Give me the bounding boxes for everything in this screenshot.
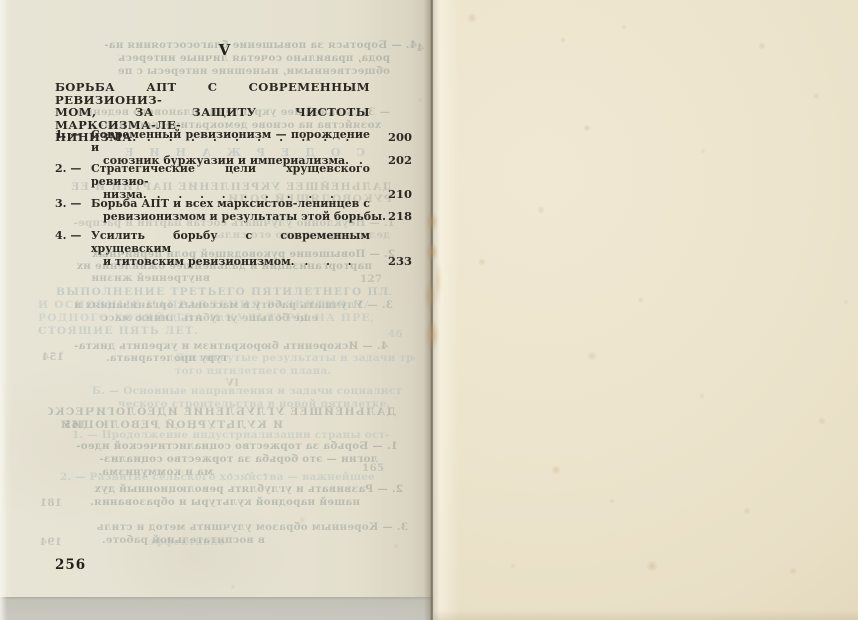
foxing-spot (699, 393, 705, 399)
foxing-spot (638, 297, 644, 303)
bleedthrough-line: 2. — Развитие сельского хозяйства — важн… (60, 471, 380, 483)
bleedthrough-line: того пятилетнего плана. (175, 365, 340, 377)
bleedthrough-line: 3. — Коренным образом улучшить метод и с… (58, 521, 408, 533)
foxing-spot (789, 567, 797, 575)
bleedthrough-line: И ОСНОВНЫЕ НАПРАВЛЕНИЯ РАЗВИТИЯ НА- (38, 299, 368, 311)
toc-entry: 4. —Усилить борьбу с современным хрущевс… (55, 229, 412, 268)
foxing-spot (510, 563, 516, 569)
bleedthrough-line: внутренней жизни (75, 272, 210, 284)
foxing-spot (743, 507, 751, 515)
spine-stain (424, 209, 440, 235)
bleedthrough-line: РОДНОГО ХОЗЯЙСТВА И КУЛЬТУРЫ НА ПРЕД- (38, 312, 373, 324)
foxing-spot (583, 124, 591, 132)
foxing-spot (478, 258, 486, 266)
spine-stain (423, 313, 441, 357)
entry-line: Современный ревизионизм — порождение и (91, 128, 370, 154)
bleedthrough-line: эффективно (148, 536, 248, 548)
foxing-spot (537, 206, 545, 214)
foxing-spot (60, 350, 64, 354)
right-page (433, 0, 858, 620)
foxing-spot (417, 97, 423, 103)
entry-line-text: и титовским ревизионизмом. (103, 255, 294, 268)
foxing-spot (560, 37, 566, 43)
foxing-spot (700, 148, 706, 154)
bleedthrough-line: ДАЛЬНЕЙШЕЕ УГЛУБЛЕНИЕ ИДЕОЛОГИЧЕСКОЙ (48, 406, 396, 418)
entry-text: Борьба АПТ и всех марксистов-ленинцев ср… (91, 197, 370, 223)
toc-heading-line: БОРЬБА АПТ С СОВРЕМЕННЫМ РЕВИЗИОНИЗ- (55, 81, 370, 106)
bleedthrough-line: 194 (34, 536, 62, 548)
foxing-spot (587, 351, 597, 361)
bleedthrough-line: 2. — Развивать и углублять революционный… (58, 483, 403, 495)
foxing-spot (551, 465, 561, 475)
foxing-spot (179, 469, 185, 475)
toc-entry: 2. —Стратегические цели хрущевского реви… (55, 162, 412, 201)
foxing-spot (230, 584, 236, 590)
entry-text: Стратегические цели хрущевского ревизио-… (91, 162, 370, 201)
page-left-edge (0, 0, 7, 620)
bleedthrough-line: 46 (388, 328, 410, 340)
spine-stain (433, 252, 443, 312)
foxing-spot (818, 417, 826, 425)
entry-page-number: 233 (370, 255, 412, 268)
bleedthrough-line: Б. — Основные направления и задачи социа… (92, 385, 402, 397)
entry-text: Усилить борьбу с современным хрущевскими… (91, 229, 370, 268)
bleedthrough-line: 181 (34, 497, 62, 509)
entry-number: 2. — (55, 162, 91, 201)
entry-number: 3. — (55, 197, 91, 223)
foxing-spot (298, 516, 306, 524)
foxing-spot (609, 498, 615, 504)
bleedthrough-line: 1. — Борьба за торжество социалистическо… (58, 440, 398, 452)
entry-line: ревизионизмом и результаты этой борьбы. (91, 210, 370, 223)
entry-line: и титовским ревизионизмом.. . . . . (91, 255, 370, 268)
bleedthrough-line: Достигнутые результаты и задачи треть- (175, 352, 415, 364)
entry-line: Усилить борьбу с современным хрущевским (91, 229, 370, 255)
foxing-spot (393, 543, 399, 549)
entry-page-number: 218 (370, 210, 412, 223)
foxing-spot (646, 560, 658, 572)
toc-entry: 3. —Борьба АПТ и всех марксистов-ленинце… (55, 197, 412, 223)
foxing-spot (467, 13, 477, 23)
foxing-spot (758, 42, 766, 50)
bleedthrough-line: СТОЯЩИЕ ПЯТЬ ЛЕТ. (38, 325, 208, 337)
bleedthrough-line: 4. — Искоренить бюрократизм и укрепить д… (58, 340, 388, 352)
bleedthrough-line: 4 (412, 42, 424, 54)
leader-dots: . . . . . (304, 255, 370, 268)
foxing-spot (813, 93, 819, 99)
section-numeral: V (55, 41, 395, 59)
entry-number: 4. — (55, 229, 91, 268)
foxing-spot (843, 299, 849, 305)
entry-line: Стратегические цели хрущевского ревизио- (91, 162, 370, 188)
bleedthrough-line: нашей народной культуры и образования. (70, 496, 360, 508)
bleedthrough-line: 127 (360, 273, 388, 285)
bottom-edge-shadow (0, 597, 433, 620)
bleedthrough-line: общественными, нынешние интересы с пер- (118, 65, 390, 77)
bleedthrough-line: ВЫПОЛНЕНИЕ ТРЕТЬЕГО ПЯТИЛЕТНЕГО ПЛАНА (56, 286, 391, 298)
folio-page-number: 256 (55, 557, 86, 573)
foxing-spot (621, 24, 627, 30)
left-page: 4. — Бороться за повышение благосостояни… (0, 0, 433, 620)
bleedthrough-line: логии — это борьба за торжество социализ… (78, 453, 378, 465)
entry-line-text: ревизионизмом и результаты этой борьбы. (103, 210, 386, 223)
entry-line: Борьба АПТ и всех марксистов-ленинцев с (91, 197, 370, 210)
book-scan: 4. — Бороться за повышение благосостояни… (0, 0, 858, 620)
